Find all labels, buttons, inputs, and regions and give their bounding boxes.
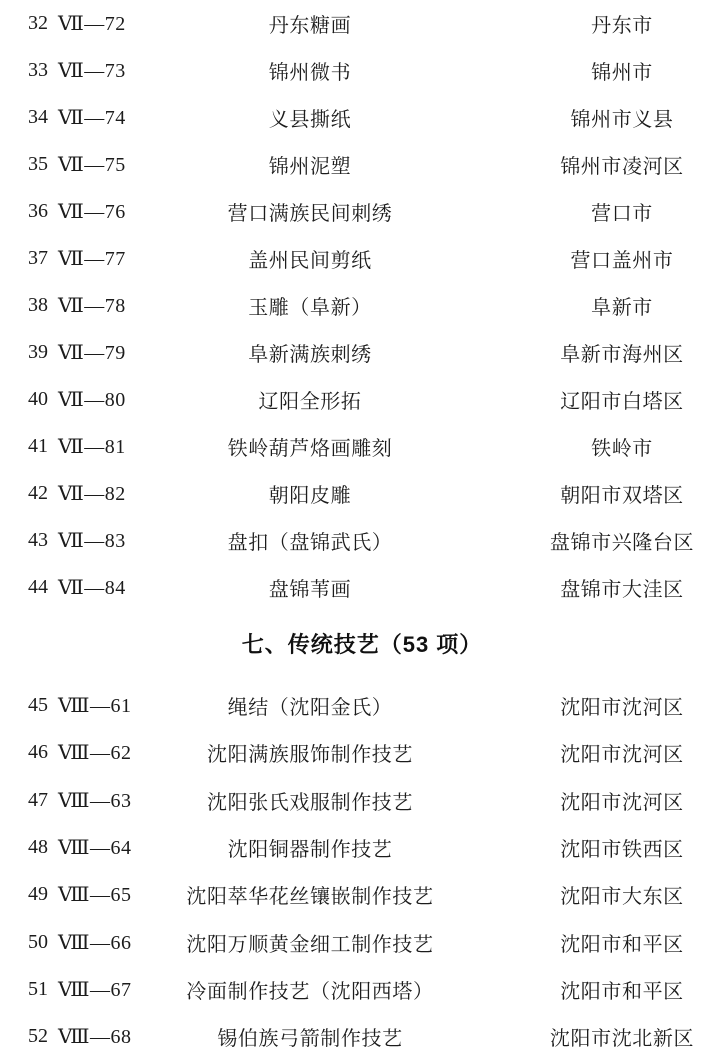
item-region: 沈阳市沈河区: [534, 777, 710, 824]
item-region: 沈阳市沈河区: [534, 729, 710, 776]
table-row: 39 Ⅶ—79 阜新满族刺绣 阜新市海州区: [0, 329, 710, 376]
item-region: 沈阳市和平区: [534, 966, 710, 1013]
item-region: 锦州市凌河区: [534, 141, 710, 188]
item-region: 沈阳市大东区: [534, 871, 710, 918]
table-row: 52 Ⅷ—68 锡伯族弓箭制作技艺 沈阳市沈北新区: [0, 1013, 710, 1055]
table-row: 35 Ⅶ—75 锦州泥塑 锦州市凌河区: [0, 141, 710, 188]
table-row: 34 Ⅶ—74 义县撕纸 锦州市义县: [0, 94, 710, 141]
item-region: 营口盖州市: [534, 235, 710, 282]
item-name: 营口满族民间刺绣: [130, 188, 490, 235]
table-row: 41 Ⅶ—81 铁岭葫芦烙画雕刻 铁岭市: [0, 423, 710, 470]
item-name: 玉雕（阜新）: [130, 282, 490, 329]
item-name: 沈阳铜器制作技艺: [130, 824, 490, 871]
table-row: 38 Ⅶ—78 玉雕（阜新） 阜新市: [0, 282, 710, 329]
table-row: 44 Ⅶ—84 盘锦苇画 盘锦市大洼区: [0, 564, 710, 611]
table-row: 43 Ⅶ—83 盘扣（盘锦武氏） 盘锦市兴隆台区: [0, 517, 710, 564]
table-row: 40 Ⅶ—80 辽阳全形拓 辽阳市白塔区: [0, 376, 710, 423]
item-region: 丹东市: [534, 0, 710, 47]
table-row: 32 Ⅶ—72 丹东糖画 丹东市: [0, 0, 710, 47]
item-region: 盘锦市大洼区: [534, 564, 710, 611]
item-region: 沈阳市铁西区: [534, 824, 710, 871]
section-heading-wrap: 七、传统技艺（53 项）: [0, 611, 710, 676]
item-name: 盘扣（盘锦武氏）: [130, 517, 490, 564]
item-name: 义县撕纸: [130, 94, 490, 141]
heritage-list-part1: 32 Ⅶ—72 丹东糖画 丹东市 33 Ⅶ—73 锦州微书 锦州市 34 Ⅶ—7…: [0, 0, 710, 611]
item-name: 沈阳万顺黄金细工制作技艺: [130, 918, 490, 965]
item-name: 辽阳全形拓: [130, 376, 490, 423]
table-row: 47 Ⅷ—63 沈阳张氏戏服制作技艺 沈阳市沈河区: [0, 777, 710, 824]
item-region: 沈阳市和平区: [534, 918, 710, 965]
item-region: 阜新市海州区: [534, 329, 710, 376]
item-name: 铁岭葫芦烙画雕刻: [130, 423, 490, 470]
item-name: 冷面制作技艺（沈阳西塔）: [130, 966, 490, 1013]
document-page: 32 Ⅶ—72 丹东糖画 丹东市 33 Ⅶ—73 锦州微书 锦州市 34 Ⅶ—7…: [0, 0, 710, 1055]
table-row: 36 Ⅶ—76 营口满族民间刺绣 营口市: [0, 188, 710, 235]
table-row: 50 Ⅷ—66 沈阳万顺黄金细工制作技艺 沈阳市和平区: [0, 918, 710, 965]
item-region: 沈阳市沈河区: [534, 682, 710, 729]
item-region: 阜新市: [534, 282, 710, 329]
item-name: 绳结（沈阳金氏）: [130, 682, 490, 729]
table-row: 48 Ⅷ—64 沈阳铜器制作技艺 沈阳市铁西区: [0, 824, 710, 871]
table-row: 37 Ⅶ—77 盖州民间剪纸 营口盖州市: [0, 235, 710, 282]
table-row: 45 Ⅷ—61 绳结（沈阳金氏） 沈阳市沈河区: [0, 682, 710, 729]
item-name: 盘锦苇画: [130, 564, 490, 611]
table-row: 46 Ⅷ—62 沈阳满族服饰制作技艺 沈阳市沈河区: [0, 729, 710, 776]
table-row: 51 Ⅷ—67 冷面制作技艺（沈阳西塔） 沈阳市和平区: [0, 966, 710, 1013]
item-name: 锡伯族弓箭制作技艺: [130, 1013, 490, 1055]
item-name: 沈阳萃华花丝镶嵌制作技艺: [130, 871, 490, 918]
item-name: 盖州民间剪纸: [130, 235, 490, 282]
item-region: 沈阳市沈北新区: [534, 1013, 710, 1055]
heritage-list-part2: 45 Ⅷ—61 绳结（沈阳金氏） 沈阳市沈河区 46 Ⅷ—62 沈阳满族服饰制作…: [0, 682, 710, 1055]
item-name: 丹东糖画: [130, 0, 490, 47]
table-row: 49 Ⅷ—65 沈阳萃华花丝镶嵌制作技艺 沈阳市大东区: [0, 871, 710, 918]
item-name: 朝阳皮雕: [130, 470, 490, 517]
item-name: 锦州微书: [130, 47, 490, 94]
item-region: 锦州市义县: [534, 94, 710, 141]
item-region: 辽阳市白塔区: [534, 376, 710, 423]
item-name: 锦州泥塑: [130, 141, 490, 188]
table-row: 33 Ⅶ—73 锦州微书 锦州市: [0, 47, 710, 94]
item-region: 铁岭市: [534, 423, 710, 470]
item-name: 沈阳满族服饰制作技艺: [130, 729, 490, 776]
item-region: 盘锦市兴隆台区: [534, 517, 710, 564]
item-region: 朝阳市双塔区: [534, 470, 710, 517]
item-name: 沈阳张氏戏服制作技艺: [130, 777, 490, 824]
section-heading: 七、传统技艺（53 项）: [228, 628, 483, 659]
item-region: 营口市: [534, 188, 710, 235]
item-name: 阜新满族刺绣: [130, 329, 490, 376]
table-row: 42 Ⅶ—82 朝阳皮雕 朝阳市双塔区: [0, 470, 710, 517]
item-region: 锦州市: [534, 47, 710, 94]
